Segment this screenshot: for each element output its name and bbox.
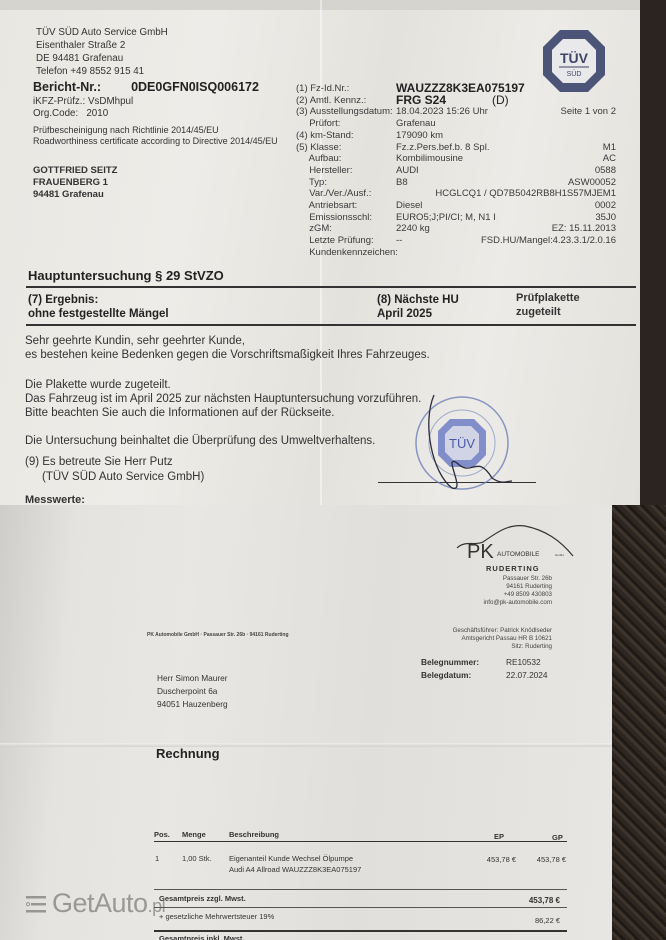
field-code: AC — [536, 153, 616, 164]
result-block: (7) Ergebnis: ohne festgestellte Mängel — [28, 293, 169, 321]
plakette-msg-1: Die Plakette wurde zugeteilt. — [25, 378, 421, 392]
owner-street: FRAUENBERG 1 — [33, 177, 117, 189]
tuv-inspection-report: TÜV SÜD Auto Service GmbH Eisenthaler St… — [0, 0, 640, 505]
watermark-brand: GetAuto — [52, 888, 148, 918]
field-code: M1 — [536, 142, 616, 153]
divider — [154, 930, 567, 932]
plakette-msg-3: Bitte beachten Sie auch die Informatione… — [25, 406, 421, 420]
certificate-directive: Prüfbescheinigung nach Richtlinie 2014/4… — [33, 125, 278, 147]
messwerte-heading: Messwerte: — [25, 494, 85, 505]
field-label: Aufbau: — [296, 153, 341, 164]
row-menge: 1,00 Stk. — [182, 854, 212, 863]
hu-title: Hauptuntersuchung § 29 StVZO — [28, 268, 224, 283]
field-code: 0588 — [536, 165, 616, 176]
col-ep: EP — [494, 832, 504, 841]
inspector-name: (9) Es betreute Sie Herr Putz — [25, 455, 173, 469]
field-value: AUDI — [396, 165, 419, 176]
pk-seat: Sitz: Ruderting — [420, 643, 552, 651]
invoice-title: Rechnung — [156, 746, 220, 761]
field-value: 179090 km — [396, 130, 443, 141]
svg-text:PK: PK — [467, 541, 494, 563]
svg-text:SÜD: SÜD — [567, 70, 582, 78]
recipient-name: Herr Simon Maurer — [157, 672, 228, 685]
svg-text:GmbH: GmbH — [555, 553, 564, 557]
total-gross-label: Gesamtpreis inkl. Mwst. — [159, 934, 244, 940]
invoice-number: RE10532 — [506, 657, 541, 667]
inspector-company: (TÜV SÜD Auto Service GmbH) — [42, 470, 204, 484]
field-label: (4) km-Stand: — [296, 130, 354, 141]
result-label: (7) Ergebnis: — [28, 293, 169, 307]
org-code: Org.Code: 2010 — [33, 108, 133, 120]
next-hu-label: (8) Nächste HU — [377, 293, 459, 307]
plakette-value: zugeteilt — [516, 305, 580, 319]
row-gp: 453,78 € — [504, 855, 566, 864]
col-menge: Menge — [182, 830, 206, 839]
kfz-pruefer: iKFZ-Prüfz.: VsDMhpul — [33, 96, 133, 108]
environment-note: Die Untersuchung beinhaltet die Überprüf… — [25, 434, 375, 448]
field-code: 35J0 — [536, 212, 616, 223]
pk-city: 94161 Ruderting — [440, 583, 552, 591]
plakette-block: Prüfplakette zugeteilt — [516, 291, 580, 319]
company-street: Eisenthaler Straße 2 — [36, 39, 168, 52]
tuv-sud-logo-icon: TÜV SÜD — [541, 28, 607, 94]
vat-label: + gesetzliche Mehrwertsteuer 19% — [159, 912, 274, 921]
field-value: 2240 kg — [396, 223, 430, 234]
next-hu-block: (8) Nächste HU April 2025 — [377, 293, 459, 321]
field-code: Seite 1 von 2 — [536, 106, 616, 117]
divider — [154, 907, 567, 908]
greeting-line-2: es bestehen keine Bedenken gegen die Vor… — [25, 348, 430, 362]
total-net: 453,78 € — [484, 896, 560, 905]
result-value: ohne festgestellte Mängel — [28, 307, 169, 321]
invoice-number-label: Belegnummer: — [421, 656, 506, 669]
divider — [26, 286, 636, 288]
field-value: -- — [396, 235, 402, 246]
field-label: Hersteller: — [296, 165, 353, 176]
field-value: EURO5;J;PI/CI; M, N1 I — [396, 212, 496, 223]
row-description-2: Audi A4 Allroad WAUZZZ8K3EA075197 — [229, 865, 361, 874]
carpet-background — [612, 505, 666, 940]
field-value: Grafenau — [396, 118, 436, 129]
field-label: Antriebsart: — [296, 200, 357, 211]
invoice-meta: Belegnummer:RE10532 Belegdatum:22.07.202… — [421, 656, 548, 682]
total-net-label: Gesamtpreis zzgl. Mwst. — [159, 894, 246, 903]
field-label: (2) Amtl. Kennz.: — [296, 95, 366, 106]
field-code: EZ: 15.11.2013 — [536, 223, 616, 234]
recipient-address: Herr Simon Maurer Duscherpoint 6a 94051 … — [157, 672, 228, 711]
pk-company-legal: Geschäftsführer: Patrick Knödlseder Amts… — [420, 627, 552, 651]
invoice-date: 22.07.2024 — [506, 670, 548, 680]
col-pos: Pos. — [154, 830, 170, 839]
recipient-city: 94051 Hauzenberg — [157, 698, 228, 711]
field-code: HCGLCQ1 / QD7B5042RB8H1S57MJEM1 — [396, 188, 616, 199]
field-value: Diesel — [396, 200, 422, 211]
svg-text:AUTOMOBILE: AUTOMOBILE — [497, 551, 540, 558]
report-number: Bericht-Nr.:0DE0GFN0ISQ006172 — [33, 80, 259, 94]
row-pos: 1 — [155, 854, 159, 863]
pk-phone: +49 8509 430803 — [440, 591, 552, 599]
watermark-tld: .pl — [148, 896, 166, 916]
pk-logo-place: RUDERTING — [486, 564, 540, 573]
getauto-logo-icon — [26, 896, 46, 914]
field-label: Prüfort: — [296, 118, 340, 129]
svg-text:TÜV: TÜV — [560, 50, 589, 66]
field-label: Var./Ver./Ausf.: — [296, 188, 371, 199]
field-label: (1) Fz-Id.Nr.: — [296, 83, 349, 94]
paper-crease — [0, 743, 612, 747]
sender-line: PK Automobile GmbH · Passauer Str. 26b ·… — [147, 632, 289, 638]
recipient-street: Duscherpoint 6a — [157, 685, 228, 698]
certificate-de: Prüfbescheinigung nach Richtlinie 2014/4… — [33, 125, 278, 136]
inspector-codes: iKFZ-Prüfz.: VsDMhpul Org.Code: 2010 — [33, 96, 133, 120]
field-label: (3) Ausstellungsdatum: — [296, 106, 393, 117]
pk-managing-director: Geschäftsführer: Patrick Knödlseder — [420, 627, 552, 635]
greeting-line-1: Sehr geehrte Kundin, sehr geehrter Kunde… — [25, 334, 430, 348]
field-value: Kombilimousine — [396, 153, 463, 164]
field-value: FRG S24 — [396, 93, 446, 107]
report-number-value: 0DE0GFN0ISQ006172 — [131, 80, 259, 94]
field-value: Fz.z.Pers.bef.b. 8 Spl. — [396, 142, 489, 153]
next-hu-value: April 2025 — [377, 307, 459, 321]
row-description-1: Eigenanteil Kunde Wechsel Ölpumpe — [229, 854, 353, 863]
field-code: 0002 — [536, 200, 616, 211]
tuv-company-address: TÜV SÜD Auto Service GmbH Eisenthaler St… — [36, 26, 168, 78]
owner-name: GOTTFRIED SEITZ — [33, 165, 117, 177]
field-extra: (D) — [492, 93, 509, 107]
pk-street: Passauer Str. 26b — [440, 575, 552, 583]
vehicle-owner-address: GOTTFRIED SEITZ FRAUENBERG 1 94481 Grafe… — [33, 165, 117, 201]
svg-text:TÜV: TÜV — [449, 436, 475, 451]
company-city: DE 94481 Grafenau — [36, 52, 168, 65]
plakette-message: Die Plakette wurde zugeteilt. Das Fahrze… — [25, 378, 421, 420]
field-label: (5) Klasse: — [296, 142, 341, 153]
field-label: zGM: — [296, 223, 332, 234]
pk-email: info@pk-automobile.com — [440, 599, 552, 607]
field-label: Emissionsschl: — [296, 212, 372, 223]
divider — [154, 889, 567, 890]
greeting: Sehr geehrte Kundin, sehr geehrter Kunde… — [25, 334, 430, 362]
field-label: Typ: — [296, 177, 327, 188]
certificate-en: Roadworthiness certificate according to … — [33, 136, 278, 147]
field-label: Letzte Prüfung: — [296, 235, 374, 246]
plakette-label: Prüfplakette — [516, 291, 580, 305]
report-number-label: Bericht-Nr.: — [33, 80, 101, 94]
col-beschreibung: Beschreibung — [229, 830, 279, 839]
field-code: 4.23.3.1/2.0.16 — [536, 235, 616, 246]
field-code: ASW00052 — [536, 177, 616, 188]
field-value: B8 — [396, 177, 408, 188]
field-label: Kundenkennzeichen: — [296, 247, 398, 258]
table-header-line — [154, 841, 567, 842]
pk-register: Amtsgericht Passau HR B 10621 — [420, 635, 552, 643]
divider — [26, 324, 636, 326]
vat-amount: 86,22 € — [484, 916, 560, 925]
tuv-stamp-icon: TÜV — [412, 393, 512, 493]
pk-company-address: Passauer Str. 26b 94161 Ruderting +49 85… — [440, 575, 552, 607]
invoice-date-label: Belegdatum: — [421, 669, 506, 682]
field-value: 18.04.2023 15:26 Uhr — [396, 106, 488, 117]
company-phone: Telefon +49 8552 915 41 — [36, 65, 168, 78]
owner-city: 94481 Grafenau — [33, 189, 117, 201]
company-name: TÜV SÜD Auto Service GmbH — [36, 26, 168, 39]
plakette-msg-2: Das Fahrzeug ist im April 2025 zur nächs… — [25, 392, 421, 406]
